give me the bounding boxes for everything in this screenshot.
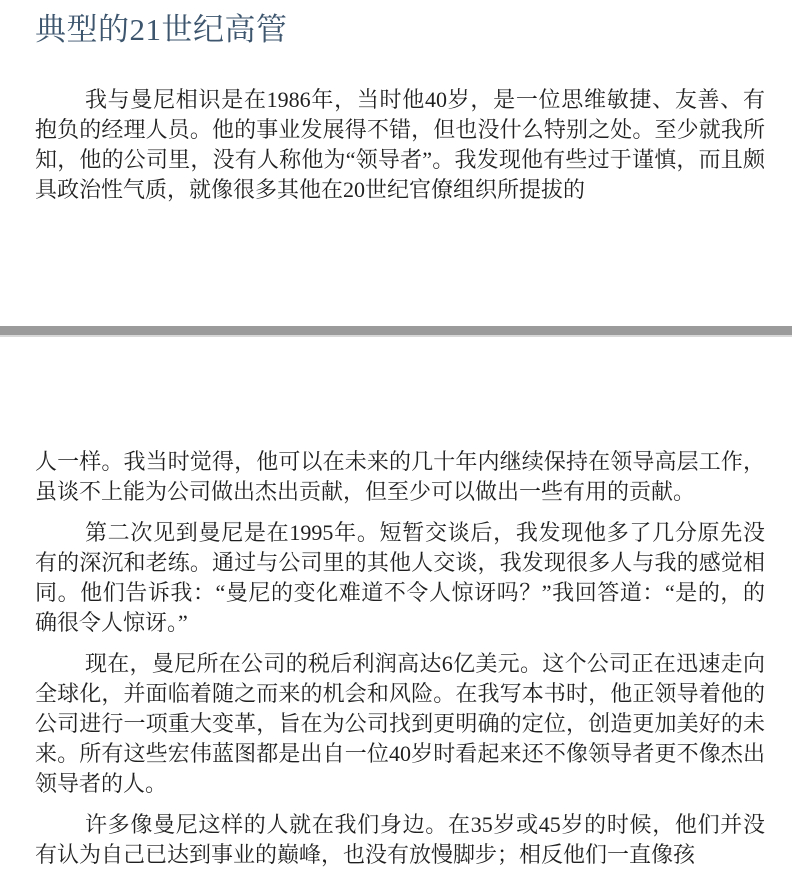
paragraph: 许多像曼尼这样的人就在我们身边。在35岁或45岁的时候，他们并没有认为自己已达到… xyxy=(35,810,765,870)
page-bottom-text-block: 人一样。我当时觉得，他可以在未来的几十年内继续保持在领导高层工作，虽谈不上能为公… xyxy=(35,447,765,881)
paragraph-fragment-continuation: 人一样。我当时觉得，他可以在未来的几十年内继续保持在领导高层工作，虽谈不上能为公… xyxy=(35,447,765,507)
paragraph: 第二次见到曼尼是在1995年。短暂交谈后，我发现他多了几分原先没有的深沉和老练。… xyxy=(35,518,765,638)
chapter-heading: 典型的21世纪高管 xyxy=(35,4,288,49)
paragraph: 现在，曼尼所在公司的税后利润高达6亿美元。这个公司正在迅速走向全球化，并面临着随… xyxy=(35,649,765,799)
paragraph-fragment-start: 我与曼尼相识是在1986年，当时他40岁，是一位思维敏捷、友善、有抱负的经理人员… xyxy=(35,85,765,205)
page-break-divider xyxy=(0,326,792,337)
page-top-text-block: 我与曼尼相识是在1986年，当时他40岁，是一位思维敏捷、友善、有抱负的经理人员… xyxy=(35,85,765,216)
ebook-page: 典型的21世纪高管 我与曼尼相识是在1986年，当时他40岁，是一位思维敏捷、友… xyxy=(0,0,792,895)
